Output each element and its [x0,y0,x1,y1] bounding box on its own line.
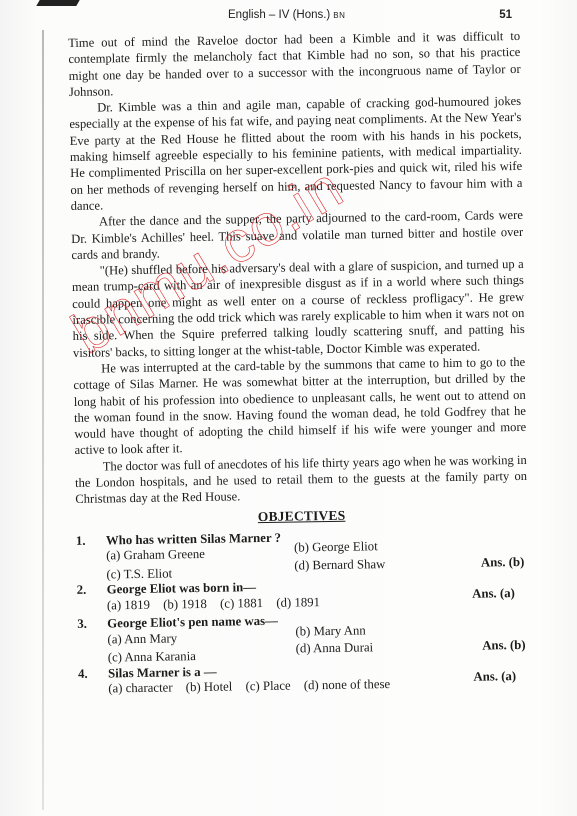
option-d: (d) 1891 [276,595,320,610]
option-a: (a) Graham Greene [106,547,205,564]
question-2: 2. George Eliot was born in— (a) 1819 (b… [77,576,529,614]
answer-label: Ans. (b) [481,555,525,571]
option-d: (d) Bernard Shaw [294,557,385,574]
option-b: (b) Hotel [186,680,233,695]
question-number: 3. [77,617,87,633]
option-d: (d) none of these [304,677,391,692]
course-title-text: English – IV (Hons.) [228,9,330,21]
option-c: (c) 1881 [220,596,263,611]
option-a: (a) character [108,681,172,696]
answer-label: Ans. (a) [473,669,516,685]
course-title: English – IV (Hons.)BN [228,9,345,21]
option-d: (d) Anna Durai [296,641,374,658]
option-a: (a) 1819 [107,598,150,613]
paragraph-1: Time out of mind the Raveloe doctor had … [68,28,521,100]
question-1: 1. Who has written Silas Marner ? (a) Gr… [76,527,529,581]
option-b: (b) Mary Ann [295,623,366,640]
question-options: (a) Ann Mary (b) Mary Ann (c) Anna Karan… [107,626,529,664]
page-content: Time out of mind the Raveloe doctor had … [68,28,530,698]
paragraph-4: "(He) shuffled before his adversary's de… [72,256,525,361]
question-options: (a) Graham Greene (b) George Eliot (c) T… [106,542,528,580]
question-number: 2. [77,583,87,599]
question-number: 4. [78,667,88,683]
question-3: 3. George Eliot's pen name was— (a) Ann … [77,610,530,664]
paragraph-6: The doctor was full of anecdotes of his … [75,452,528,508]
answer-label: Ans. (a) [472,586,515,602]
option-b: (b) George Eliot [294,540,378,557]
objectives-heading: OBJECTIVES [75,504,527,527]
scan-corner-shadow [36,0,79,6]
option-b: (b) 1918 [163,597,207,612]
paragraph-2: Dr. Kimble was a thin and agile man, cap… [69,93,523,214]
paragraph-3: After the dance and the supper, the part… [71,207,524,263]
option-c: (c) T.S. Eliot [106,566,172,583]
option-a: (a) Ann Mary [107,631,177,648]
binding-gutter-line [42,30,44,810]
course-code: BN [333,11,345,20]
option-c: (c) Anna Karania [108,649,196,666]
page-number: 51 [499,9,512,21]
paragraph-5: He was interrupted at the card-table by … [73,354,526,459]
answer-label: Ans. (b) [482,638,526,654]
option-c: (c) Place [245,679,290,694]
question-number: 1. [76,534,86,550]
